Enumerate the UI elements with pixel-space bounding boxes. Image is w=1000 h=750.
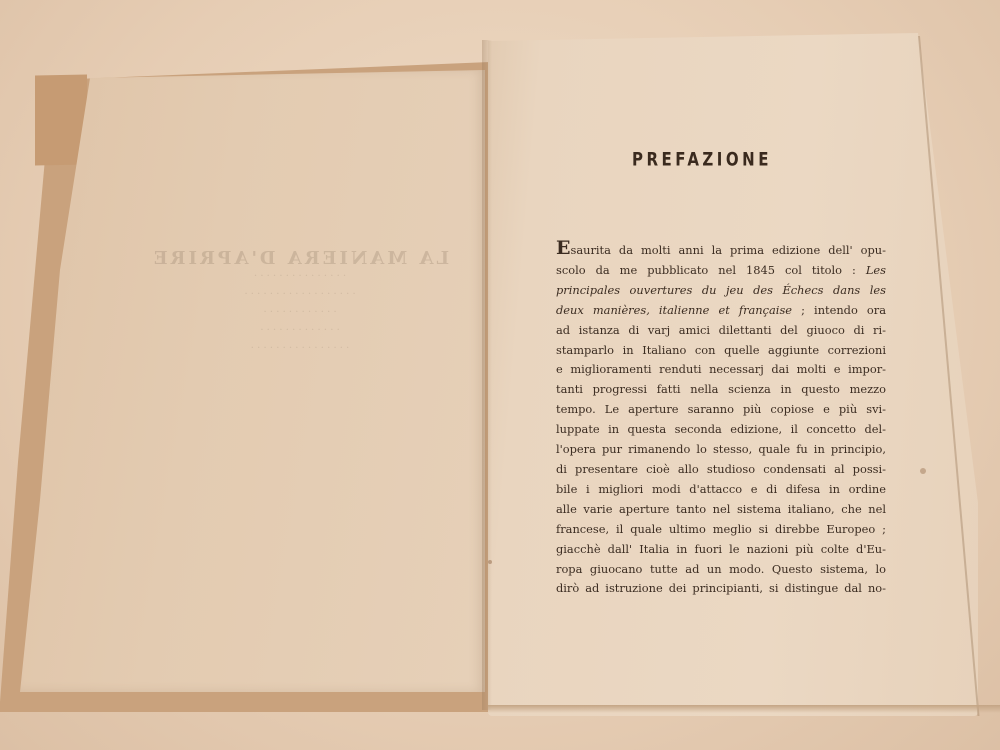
page-title: PREFAZIONE	[632, 148, 772, 171]
text-line: scolo da me pubblicato nel 1845 col tito…	[556, 261, 886, 281]
book-gutter	[482, 40, 492, 710]
text-line: giacchè dall' Italia in fuori le nazioni…	[556, 540, 886, 560]
foxing-spot	[920, 468, 926, 474]
text-line: tempo. Le aperture saranno più copiose e…	[556, 400, 886, 420]
page-shadow	[488, 705, 1000, 713]
ghost-title: LA MANIERA D'APRIRE	[150, 250, 450, 268]
text-line: ad istanza di varj amici dilettanti del …	[556, 321, 886, 341]
text-line: ropa giuocano tutte ad un modo. Questo s…	[556, 560, 886, 580]
text-line: stamparlo in Italiano con quelle aggiunt…	[556, 341, 886, 361]
text-line: bile i migliori modi d'attacco e di dife…	[556, 480, 886, 500]
text-line: luppate in questa seconda edizione, il c…	[556, 420, 886, 440]
ghost-line: · · · · · · · · · · · · ·	[150, 322, 450, 340]
ghost-line: · · · · · · · · · · · · · · ·	[150, 268, 450, 286]
text-line: e miglioramenti renduti necessarj dai mo…	[556, 360, 886, 380]
show-through-text: LA MANIERA D'APRIRE · · · · · · · · · · …	[150, 250, 450, 358]
text-line: tanti progressi fatti nella scienza in q…	[556, 380, 886, 400]
ghost-line: · · · · · · · · · · · ·	[150, 304, 450, 322]
foxing-spot	[488, 560, 492, 564]
ghost-line: · · · · · · · · · · · · · · · · · ·	[150, 286, 450, 304]
text-line: deux manières, italienne et française ; …	[556, 301, 886, 321]
text-line: francese, il quale ultimo meglio si dire…	[556, 520, 886, 540]
text-line: principales ouvertures du jeu des Échecs…	[556, 281, 886, 301]
text-line: dirò ad istruzione dei principianti, si …	[556, 579, 886, 599]
text-line: Esaurita da molti anni la prima edizione…	[556, 241, 886, 261]
left-page	[20, 70, 485, 692]
dropcap: E	[556, 237, 570, 259]
text-line: di presentare cioè allo studioso condens…	[556, 460, 886, 480]
ghost-line: · · · · · · · · · · · · · · · ·	[150, 340, 450, 358]
text-line: l'opera pur rimanendo lo stesso, quale f…	[556, 440, 886, 460]
text-line: alle varie aperture tanto nel sistema it…	[556, 500, 886, 520]
preface-text: Esaurita da molti anni la prima edizione…	[556, 241, 886, 599]
